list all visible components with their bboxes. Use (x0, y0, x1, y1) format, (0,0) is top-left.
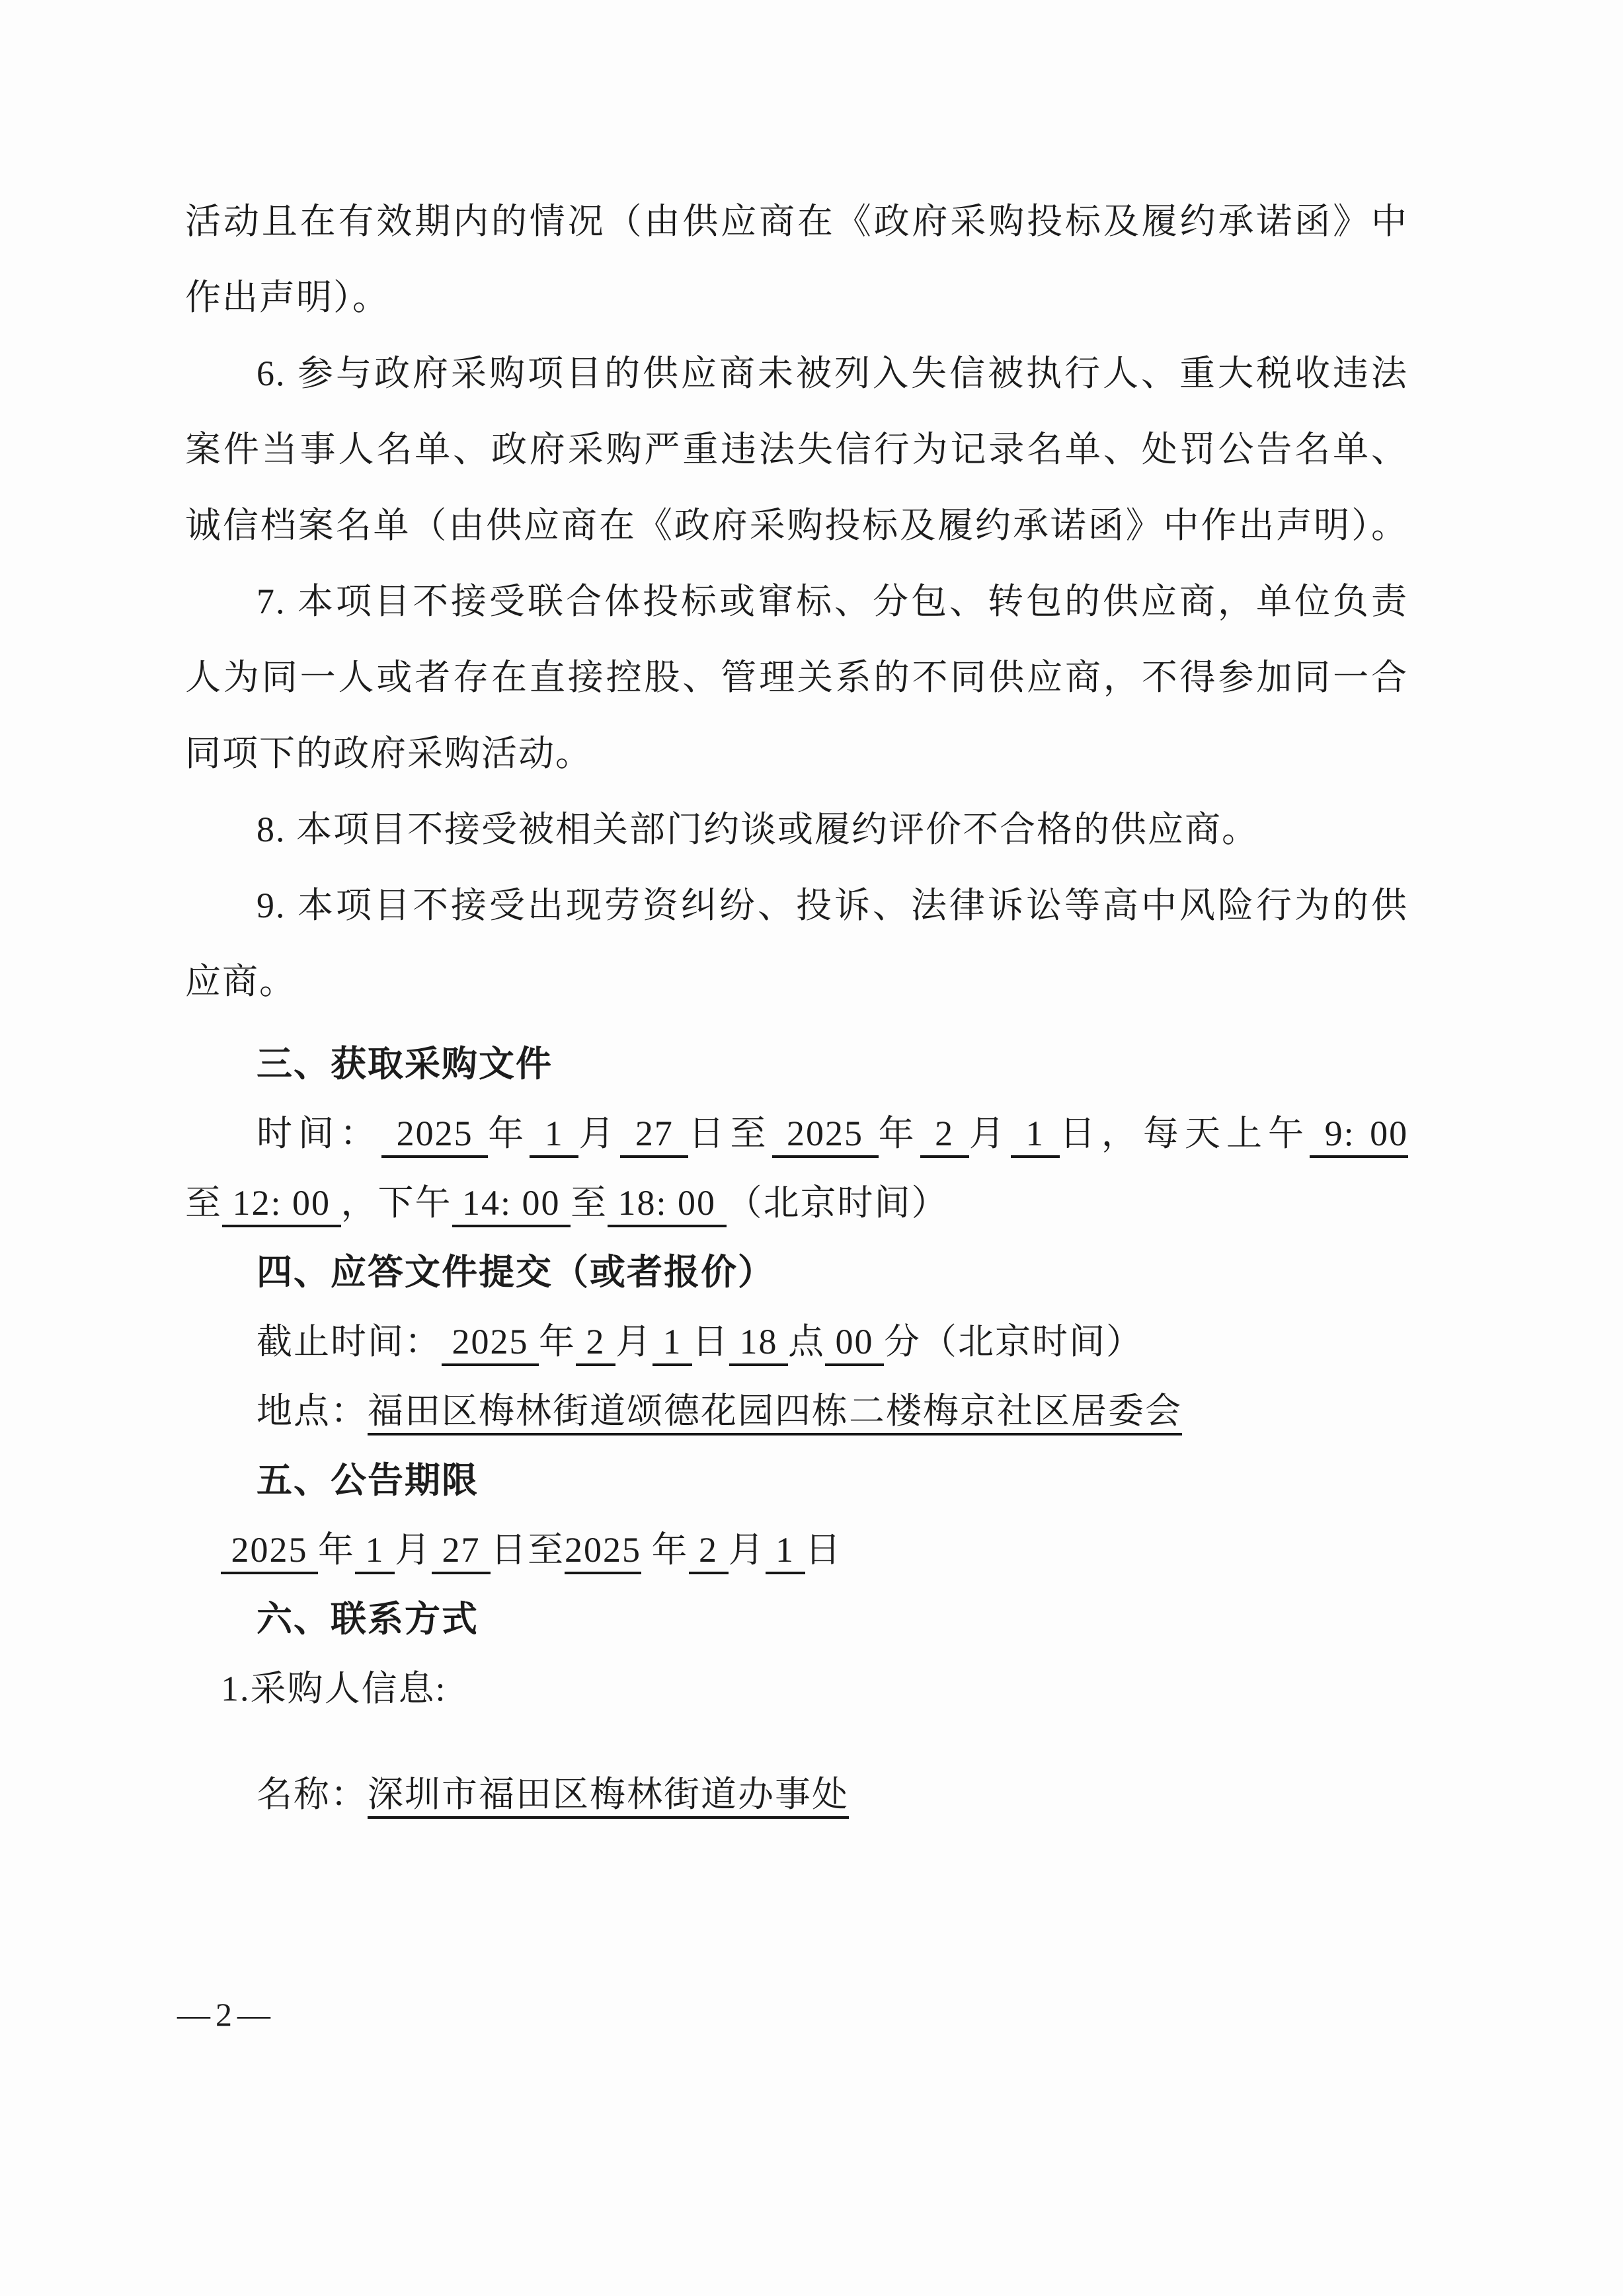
underlined-segment: 1 (766, 1530, 805, 1574)
text-segment: （北京时间） (727, 1183, 949, 1223)
document-line: 作出声明）。 (185, 260, 1408, 336)
underlined-segment: 1 (1011, 1114, 1060, 1158)
text-segment: 人为同一人或者存在直接控股、管理关系的不同供应商，不得参加同一合 (185, 658, 1408, 697)
document-line: 同项下的政府采购活动。 (185, 716, 1408, 792)
section-heading: 三、获取采购文件 (185, 1030, 1408, 1099)
document-line: 1.采购人信息: (185, 1654, 1408, 1724)
document-line: 时间： 2025 年 1 月 27 日至 2025 年 2 月 1 日，每天上午… (185, 1099, 1408, 1168)
text-segment: 8. 本项目不接受被相关部门约谈或履约评价不合格的供应商。 (257, 810, 1259, 849)
text-segment: 日 (805, 1530, 842, 1570)
text-segment: 年 (539, 1322, 576, 1361)
underlined-segment: 1 (653, 1322, 692, 1366)
document-line: 人为同一人或者存在直接控股、管理关系的不同供应商，不得参加同一合 (185, 640, 1408, 716)
text-segment: 月 (969, 1114, 1011, 1153)
text-segment: 四、应答文件提交（或者报价） (257, 1252, 775, 1292)
underlined-segment: 深圳市福田区梅林街道办事处 (368, 1775, 849, 1819)
document-line: 活动且在有效期内的情况（由供应商在《政府采购投标及履约承诺函》中 (185, 184, 1408, 260)
underlined-segment: 2025 (442, 1322, 539, 1366)
text-segment: 月 (615, 1322, 653, 1361)
page-number: —2— (177, 1988, 276, 2041)
text-segment: 五、公告期限 (257, 1461, 479, 1500)
underlined-segment: 27 (620, 1114, 688, 1158)
text-segment: 至 (571, 1183, 608, 1223)
document-line: 应商。 (185, 944, 1408, 1020)
document-line: 6. 参与政府采购项目的供应商未被列入失信被执行人、重大税收违法 (185, 336, 1408, 412)
underlined-segment: 2 (920, 1114, 969, 1158)
text-segment: ，下午 (341, 1183, 452, 1223)
text-segment: 分（北京时间） (884, 1322, 1143, 1361)
text-segment: 案件当事人名单、政府采购严重违法失信行为记录名单、处罚公告名单、 (185, 430, 1408, 469)
text-segment: 年 (488, 1114, 530, 1153)
section-heading: 六、联系方式 (185, 1585, 1408, 1654)
document-line: 至 12: 00 ，下午 14: 00 至 18: 00 （北京时间） (185, 1168, 1408, 1238)
underlined-segment: 1 (530, 1114, 578, 1158)
underlined-segment: 12: 00 (222, 1183, 341, 1227)
underlined-segment: 14: 00 (452, 1183, 571, 1227)
text-segment: 9. 本项目不接受出现劳资纠纷、投诉、法律诉讼等高中风险行为的供 (257, 886, 1408, 925)
text-segment: 点 (788, 1322, 825, 1361)
underlined-segment: 1 (355, 1530, 395, 1574)
text-segment: 年 (641, 1530, 689, 1570)
underlined-segment: 9: 00 (1310, 1114, 1408, 1158)
underlined-segment: 2025 (772, 1114, 879, 1158)
underlined-segment: 2025 (381, 1114, 488, 1158)
text-segment: 月 (578, 1114, 620, 1153)
document-line: 8. 本项目不接受被相关部门约谈或履约评价不合格的供应商。 (185, 792, 1408, 868)
text-segment: 6. 参与政府采购项目的供应商未被列入失信被执行人、重大税收违法 (257, 354, 1408, 393)
document-line: 7. 本项目不接受联合体投标或窜标、分包、转包的供应商，单位负责 (185, 564, 1408, 640)
text-segment: 三、获取采购文件 (257, 1044, 553, 1084)
text-segment: 月 (395, 1530, 432, 1570)
text-segment: 日，每天上午 (1060, 1114, 1310, 1153)
text-segment: 诚信档案名单（由供应商在《政府采购投标及履约承诺函》中作出声明）。 (185, 506, 1408, 545)
underlined-segment: 2025 (221, 1530, 318, 1574)
document-line: 截止时间： 2025 年 2 月 1 日 18 点 00 分（北京时间） (185, 1307, 1408, 1377)
text-segment: 至 (185, 1183, 222, 1223)
document-line: 地点：福田区梅林街道颂德花园四栋二楼梅京社区居委会 (185, 1377, 1408, 1446)
text-segment: 名称： (257, 1775, 368, 1814)
text-segment: 7. 本项目不接受联合体投标或窜标、分包、转包的供应商，单位负责 (257, 582, 1408, 621)
document-line: 案件当事人名单、政府采购严重违法失信行为记录名单、处罚公告名单、 (185, 412, 1408, 488)
text-segment: 作出声明）。 (185, 278, 389, 317)
underlined-segment: 18 (729, 1322, 788, 1366)
document-line: 2025 年 1 月 27 日至2025 年 2 月 1 日 (185, 1515, 1408, 1585)
document-body: 活动且在有效期内的情况（由供应商在《政府采购投标及履约承诺函》中作出声明）。6.… (185, 184, 1408, 1829)
section-heading: 五、公告期限 (185, 1446, 1408, 1515)
text-segment: 年 (318, 1530, 355, 1570)
section-heading: 四、应答文件提交（或者报价） (185, 1238, 1408, 1307)
document-line: 名称：深圳市福田区梅林街道办事处 (185, 1760, 1408, 1829)
text-segment: 地点： (257, 1391, 368, 1431)
text-segment: 时间： (257, 1114, 381, 1153)
text-segment: 活动且在有效期内的情况（由供应商在《政府采购投标及履约承诺函》中 (185, 202, 1408, 241)
text-segment: 同项下的政府采购活动。 (185, 734, 592, 773)
underlined-segment: 2 (576, 1322, 615, 1366)
text-segment: 六、联系方式 (257, 1599, 479, 1639)
document-line: 9. 本项目不接受出现劳资纠纷、投诉、法律诉讼等高中风险行为的供 (185, 868, 1408, 944)
underlined-segment: 18: 00 (608, 1183, 727, 1227)
underlined-segment: 2025 (565, 1530, 641, 1574)
underlined-segment: 00 (825, 1322, 884, 1366)
text-segment: 日 (692, 1322, 729, 1361)
underlined-segment: 27 (432, 1530, 491, 1574)
text-segment: 截止时间： (257, 1322, 442, 1361)
underlined-segment: 2 (689, 1530, 729, 1574)
text-segment: 年 (879, 1114, 920, 1153)
text-segment: 应商。 (185, 962, 296, 1001)
text-segment: 月 (729, 1530, 766, 1570)
document-page: 活动且在有效期内的情况（由供应商在《政府采购投标及履约承诺函》中作出声明）。6.… (0, 0, 1623, 2296)
text-segment: 日至 (491, 1530, 565, 1570)
text-segment: 1.采购人信息: (221, 1669, 447, 1708)
text-segment: 日至 (688, 1114, 772, 1153)
document-line: 诚信档案名单（由供应商在《政府采购投标及履约承诺函》中作出声明）。 (185, 488, 1408, 564)
underlined-segment: 福田区梅林街道颂德花园四栋二楼梅京社区居委会 (368, 1391, 1182, 1435)
